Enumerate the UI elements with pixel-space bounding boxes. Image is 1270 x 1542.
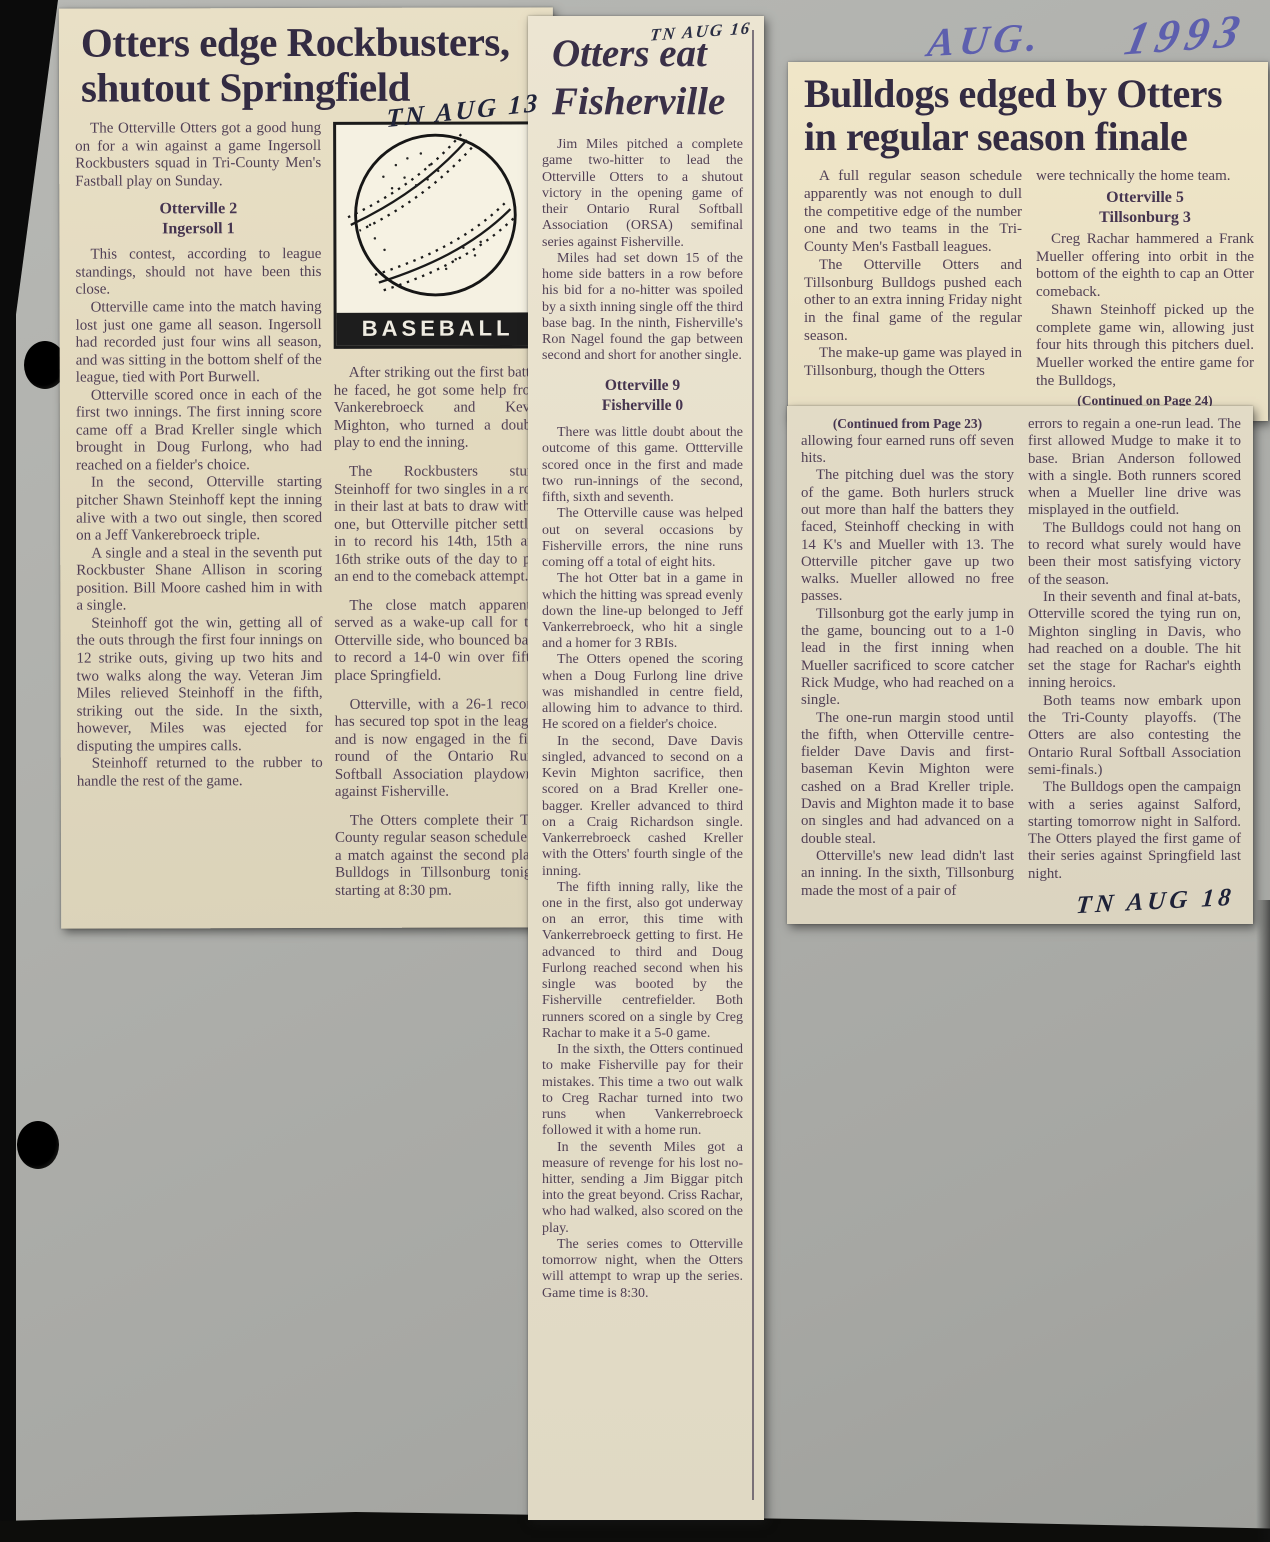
paragraph: The Otterville cause was helped out on s… [542, 506, 743, 571]
paragraph: Creg Rachar hammered a Frank Mueller off… [1036, 231, 1254, 302]
paragraph: There was little doubt about the outcome… [542, 425, 743, 506]
scrapbook-page: TN AUG 13 TN AUG 16 AUG. 1993 TN AUG 18 … [0, 0, 1270, 1542]
right-article-column-1: A full regular season schedule apparentl… [804, 168, 1022, 409]
continuation-column-2: errors to regain a one-run lead. The fir… [1028, 416, 1241, 900]
score-line: Fisherville 0 [542, 396, 743, 415]
paragraph: Otterville scored once in each of the fi… [76, 387, 322, 475]
clipping-bulldogs-edged: Bulldogs edged by Otters in regular seas… [788, 62, 1268, 421]
paragraph: A single and a steal in the seventh put … [76, 545, 322, 616]
paragraph: Steinhoff got the win, getting all of th… [76, 615, 322, 756]
paragraph: In their seventh and final at-bats, Otte… [1028, 589, 1241, 693]
paragraph: A full regular season schedule apparentl… [804, 168, 1022, 256]
paragraph: Steinhoff returned to the rubber to hand… [77, 755, 323, 791]
paragraph: The pitching duel was the story of the g… [801, 467, 1014, 605]
paragraph: The Otterville Otters got a good hung on… [75, 120, 321, 191]
paragraph: Otterville, with a 26-1 record, has secu… [335, 696, 543, 802]
paragraph: Both teams now embark upon the Tri-Count… [1028, 693, 1241, 779]
paragraph: In the seventh Miles got a measure of re… [542, 1140, 743, 1237]
page-edge-top-left [0, 0, 58, 330]
box-score: Otterville 9 Fisherville 0 [542, 376, 743, 415]
clipping-otters-eat-fisherville: Otters eat Fisherville Jim Miles pitched… [528, 16, 764, 1520]
right-article-column-2: were technically the home team. Ottervil… [1036, 168, 1254, 409]
headline-bulldogs-edged: Bulldogs edged by Otters in regular seas… [804, 72, 1254, 158]
baseball-caption: BASEBALL [337, 313, 539, 346]
paragraph: Jim Miles pitched a complete game two-hi… [542, 137, 743, 251]
paragraph: were technically the home team. [1036, 168, 1254, 186]
paragraph: In the second, Dave Davis singled, advan… [542, 734, 743, 880]
paragraph: The one-run margin stood until the fifth… [801, 710, 1014, 848]
headline-otters-eat-fisherville: Otters eat Fisherville [542, 30, 743, 125]
paragraph: Otterville's new lead didn't last an inn… [801, 848, 1014, 900]
baseball-icon [336, 125, 538, 308]
baseball-figure: BASEBALL [333, 122, 542, 350]
paragraph: Shawn Steinhoff picked up the complete g… [1036, 302, 1254, 390]
hole-punch-bottom [17, 1121, 59, 1169]
paragraph: Tillsonburg got the early jump in the ga… [801, 606, 1014, 710]
paragraph: The fifth inning rally, like the one in … [542, 880, 743, 1042]
score-line: Ingersoll 1 [75, 219, 321, 240]
clipping-otters-edge-rockbusters: Otters edge Rockbusters, shutout Springf… [59, 7, 555, 928]
paragraph: errors to regain a one-run lead. The fir… [1028, 416, 1241, 520]
clipping-bulldogs-edged-continued: (Continued from Page 23) allowing four e… [787, 406, 1253, 924]
paragraph: The Otterville Otters and Tillsonburg Bu… [804, 257, 1022, 345]
paragraph: The Bulldogs could not hang on to record… [1028, 520, 1241, 589]
paragraph: The series comes to Otterville tomorrow … [542, 1237, 743, 1302]
paragraph: The make-up game was played in Tillsonbu… [804, 345, 1022, 380]
paragraph: After striking out the first batter he f… [334, 365, 542, 453]
paragraph: The close match apparently served as a w… [334, 597, 542, 685]
paragraph: Miles had set down 15 of the home side b… [542, 251, 743, 365]
score-line: Otterville 9 [542, 376, 743, 395]
paragraph: allowing four earned runs off seven hits… [801, 433, 1014, 468]
handwritten-month: AUG. [925, 13, 1045, 66]
box-score: Otterville 5 Tillsonburg 3 [1036, 188, 1254, 228]
page-edge-right [1256, 900, 1270, 1542]
paragraph: In the second, Otterville starting pitch… [76, 474, 322, 545]
handwritten-year: 1993 [1120, 3, 1251, 65]
paragraph: Otterville came into the match having lo… [76, 299, 322, 387]
box-score: Otterville 2 Ingersoll 1 [75, 199, 321, 240]
continued-from-note: (Continued from Page 23) [801, 416, 1014, 432]
paragraph: The Bulldogs open the campaign with a se… [1028, 779, 1241, 883]
left-article-column-2: BASEBALL After striking out the first ba… [333, 120, 543, 912]
paragraph: The Rockbusters stung Steinhoff for two … [334, 463, 542, 586]
score-line: Otterville 2 [75, 199, 321, 220]
baseball-illustration: BASEBALL [333, 122, 542, 350]
left-article-column-1: The Otterville Otters got a good hung on… [75, 120, 323, 912]
paragraph: This contest, according to league standi… [75, 246, 321, 299]
middle-article-body: Jim Miles pitched a complete game two-hi… [542, 137, 743, 1302]
headline-line: Fisherville [552, 78, 743, 126]
score-line: Tillsonburg 3 [1036, 208, 1254, 228]
paragraph: The hot Otter bat in a game in which the… [542, 571, 743, 652]
paragraph: The Otters opened the scoring when a Dou… [542, 652, 743, 733]
score-line: Otterville 5 [1036, 188, 1254, 208]
continuation-column-1: (Continued from Page 23) allowing four e… [801, 416, 1014, 900]
paragraph: In the sixth, the Otters continued to ma… [542, 1042, 743, 1139]
paragraph: The Otters complete their Tri-County reg… [335, 812, 543, 900]
